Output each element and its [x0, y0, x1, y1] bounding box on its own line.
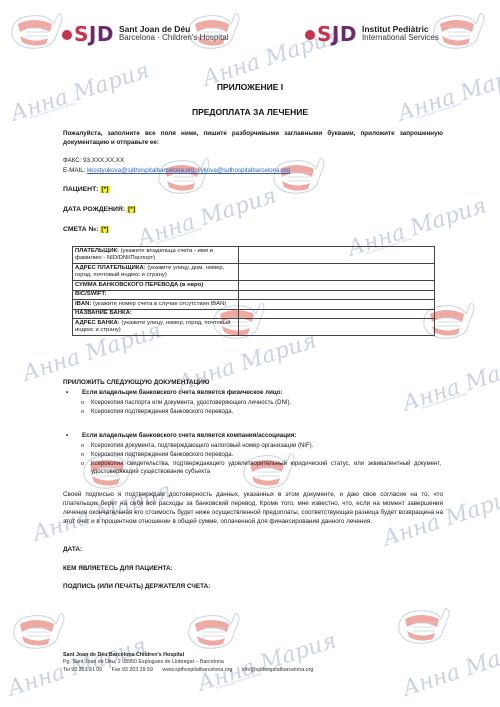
footer-tel: Tel 93 253 21 00 [63, 667, 102, 673]
table-row-payer-address: АДРЕС ПЛАТЕЛЬЩИКА: (укажите улицу, дом, … [73, 264, 435, 281]
bank-details-table: ПЛАТЕЛЬЩИК: (укажите владельца счета - и… [72, 246, 435, 336]
quote-label: СМЕТА №: [63, 226, 100, 233]
footer-email-link[interactable]: info@sjdhospitalbarcelona.org [242, 667, 313, 673]
patient-label: ПАЦИЕНТ: [63, 186, 100, 193]
sjd-logo-mark: SJD [62, 22, 114, 46]
dob-field[interactable]: ДАТА РОЖДЕНИЯ: [*] [63, 206, 136, 213]
docs-company-item: Ксерокопия документа, подтверждающего на… [91, 442, 441, 450]
payer-input[interactable] [238, 247, 434, 264]
date-field-label: ДАТА: [63, 546, 82, 553]
table-row-transfer-amount: СУММА БАНКОВСКОГО ПЕРЕВОДА (в евро) [73, 281, 435, 291]
quote-value[interactable]: [*] [100, 226, 109, 233]
bank-address-label: АДРЕС БАНКА: [75, 320, 120, 326]
payer-address-input[interactable] [238, 264, 434, 281]
bank-name-label: НАЗВАНИЕ БАНКА: [75, 310, 132, 316]
patient-value[interactable]: [*] [100, 186, 109, 193]
docs-individual-item: Ксерокопия подтверждения банковского пер… [91, 408, 441, 416]
footer-web-link[interactable]: www.sjdhospitalbarcelona.org [162, 667, 232, 673]
email-label: E-MAIL: [63, 167, 87, 174]
docs-individual-heading: Если владельцем банковского счета являет… [66, 389, 283, 396]
sjd-institute-logo: SJD Institut Pediàtric International Ser… [305, 22, 439, 46]
patient-field[interactable]: ПАЦИЕНТ: [*] [63, 186, 110, 193]
document-page: SJD Sant Joan de Déu Barcelona · Childre… [0, 0, 500, 707]
bic-swift-label: BIC/SWIFT: [75, 291, 106, 297]
iban-label: IBAN: [75, 301, 91, 307]
annex-title: ПРИЛОЖЕНИЕ I [0, 82, 500, 92]
consent-paragraph: Своей подписью я подтверждаю достовернос… [63, 490, 443, 526]
intro-paragraph: Пожалуйста, заполните все поля ниже, пиш… [63, 129, 443, 147]
docs-individual-item: Ксерокопия паспорта или документа, удост… [91, 399, 441, 407]
payer-label: ПЛАТЕЛЬЩИК: [75, 248, 119, 254]
fax-line: ФАКС: 93.XXX.XX.XX [63, 157, 124, 164]
footer-org-name: Sant Joan de Déu Barcelona Children's Ho… [63, 652, 313, 659]
dob-label: ДАТА РОЖДЕНИЯ: [63, 206, 127, 213]
dob-value[interactable]: [*] [127, 206, 136, 213]
table-row-bank-address: АДРЕС БАНКА: (укажите улицу, номер, горо… [73, 319, 435, 336]
bank-name-input[interactable] [238, 309, 434, 319]
heart-icon [62, 30, 72, 40]
footer-address: Pg. Sant Joan de Déu, 2 08950 Esplugues … [63, 659, 313, 666]
logo-left-line2: Barcelona · Children's Hospital [119, 34, 229, 42]
footer-fax: Fax 93 203 39 59 [112, 667, 153, 673]
sjd-logo-mark: SJD [305, 22, 357, 46]
email-link[interactable]: kkostyukova@sjdhospitalbarcelona.org, il… [87, 167, 290, 174]
transfer-amount-note: (в евро) [178, 282, 203, 288]
table-row-iban: IBAN: (укажите номер счета в случае отсу… [73, 300, 435, 310]
iban-input[interactable] [238, 300, 434, 310]
bic-swift-input[interactable] [238, 290, 434, 300]
heart-icon [305, 30, 315, 40]
table-row-bank-name: НАЗВАНИЕ БАНКА: [73, 309, 435, 319]
transfer-amount-input[interactable] [238, 281, 434, 291]
relation-field-label: КЕМ ЯВЛЯЕТЕСЬ ДЛЯ ПАЦИЕНТА: [63, 565, 173, 572]
docs-section-title: ПРИЛОЖИТЬ СЛЕДУЮЩУЮ ДОКУМЕНТАЦИЮ [63, 379, 209, 386]
transfer-amount-label: СУММА БАНКОВСКОГО ПЕРЕВОДА [75, 282, 178, 288]
page-footer: Sant Joan de Déu Barcelona Children's Ho… [63, 652, 313, 674]
docs-company-item: Ксерокопия свидетельства, подтверждающег… [91, 460, 441, 476]
table-row-bic-swift: BIC/SWIFT: [73, 290, 435, 300]
email-line: E-MAIL: kkostyukova@sjdhospitalbarcelona… [63, 167, 290, 174]
docs-company-heading: Если владельцем банковского счета являет… [66, 432, 297, 439]
table-row-payer: ПЛАТЕЛЬЩИК: (укажите владельца счета - и… [73, 247, 435, 264]
logo-right-line2: International Services [362, 34, 439, 42]
main-title: ПРЕДОПЛАТА ЗА ЛЕЧЕНИЕ [0, 107, 500, 117]
sjd-hospital-logo: SJD Sant Joan de Déu Barcelona · Childre… [62, 22, 229, 46]
iban-note: (укажите номер счета в случае отсутствия… [91, 301, 226, 307]
bank-address-input[interactable] [238, 319, 434, 336]
docs-company-item: Ксерокопия подтверждения банковского пер… [91, 451, 441, 459]
quote-number-field[interactable]: СМЕТА №: [*] [63, 226, 109, 233]
signature-field-label: ПОДПИСЬ (ИЛИ ПЕЧАТЬ) ДЕРЖАТЕЛЯ СЧЕТА: [63, 583, 210, 590]
payer-address-label: АДРЕС ПЛАТЕЛЬЩИКА: [75, 265, 146, 271]
